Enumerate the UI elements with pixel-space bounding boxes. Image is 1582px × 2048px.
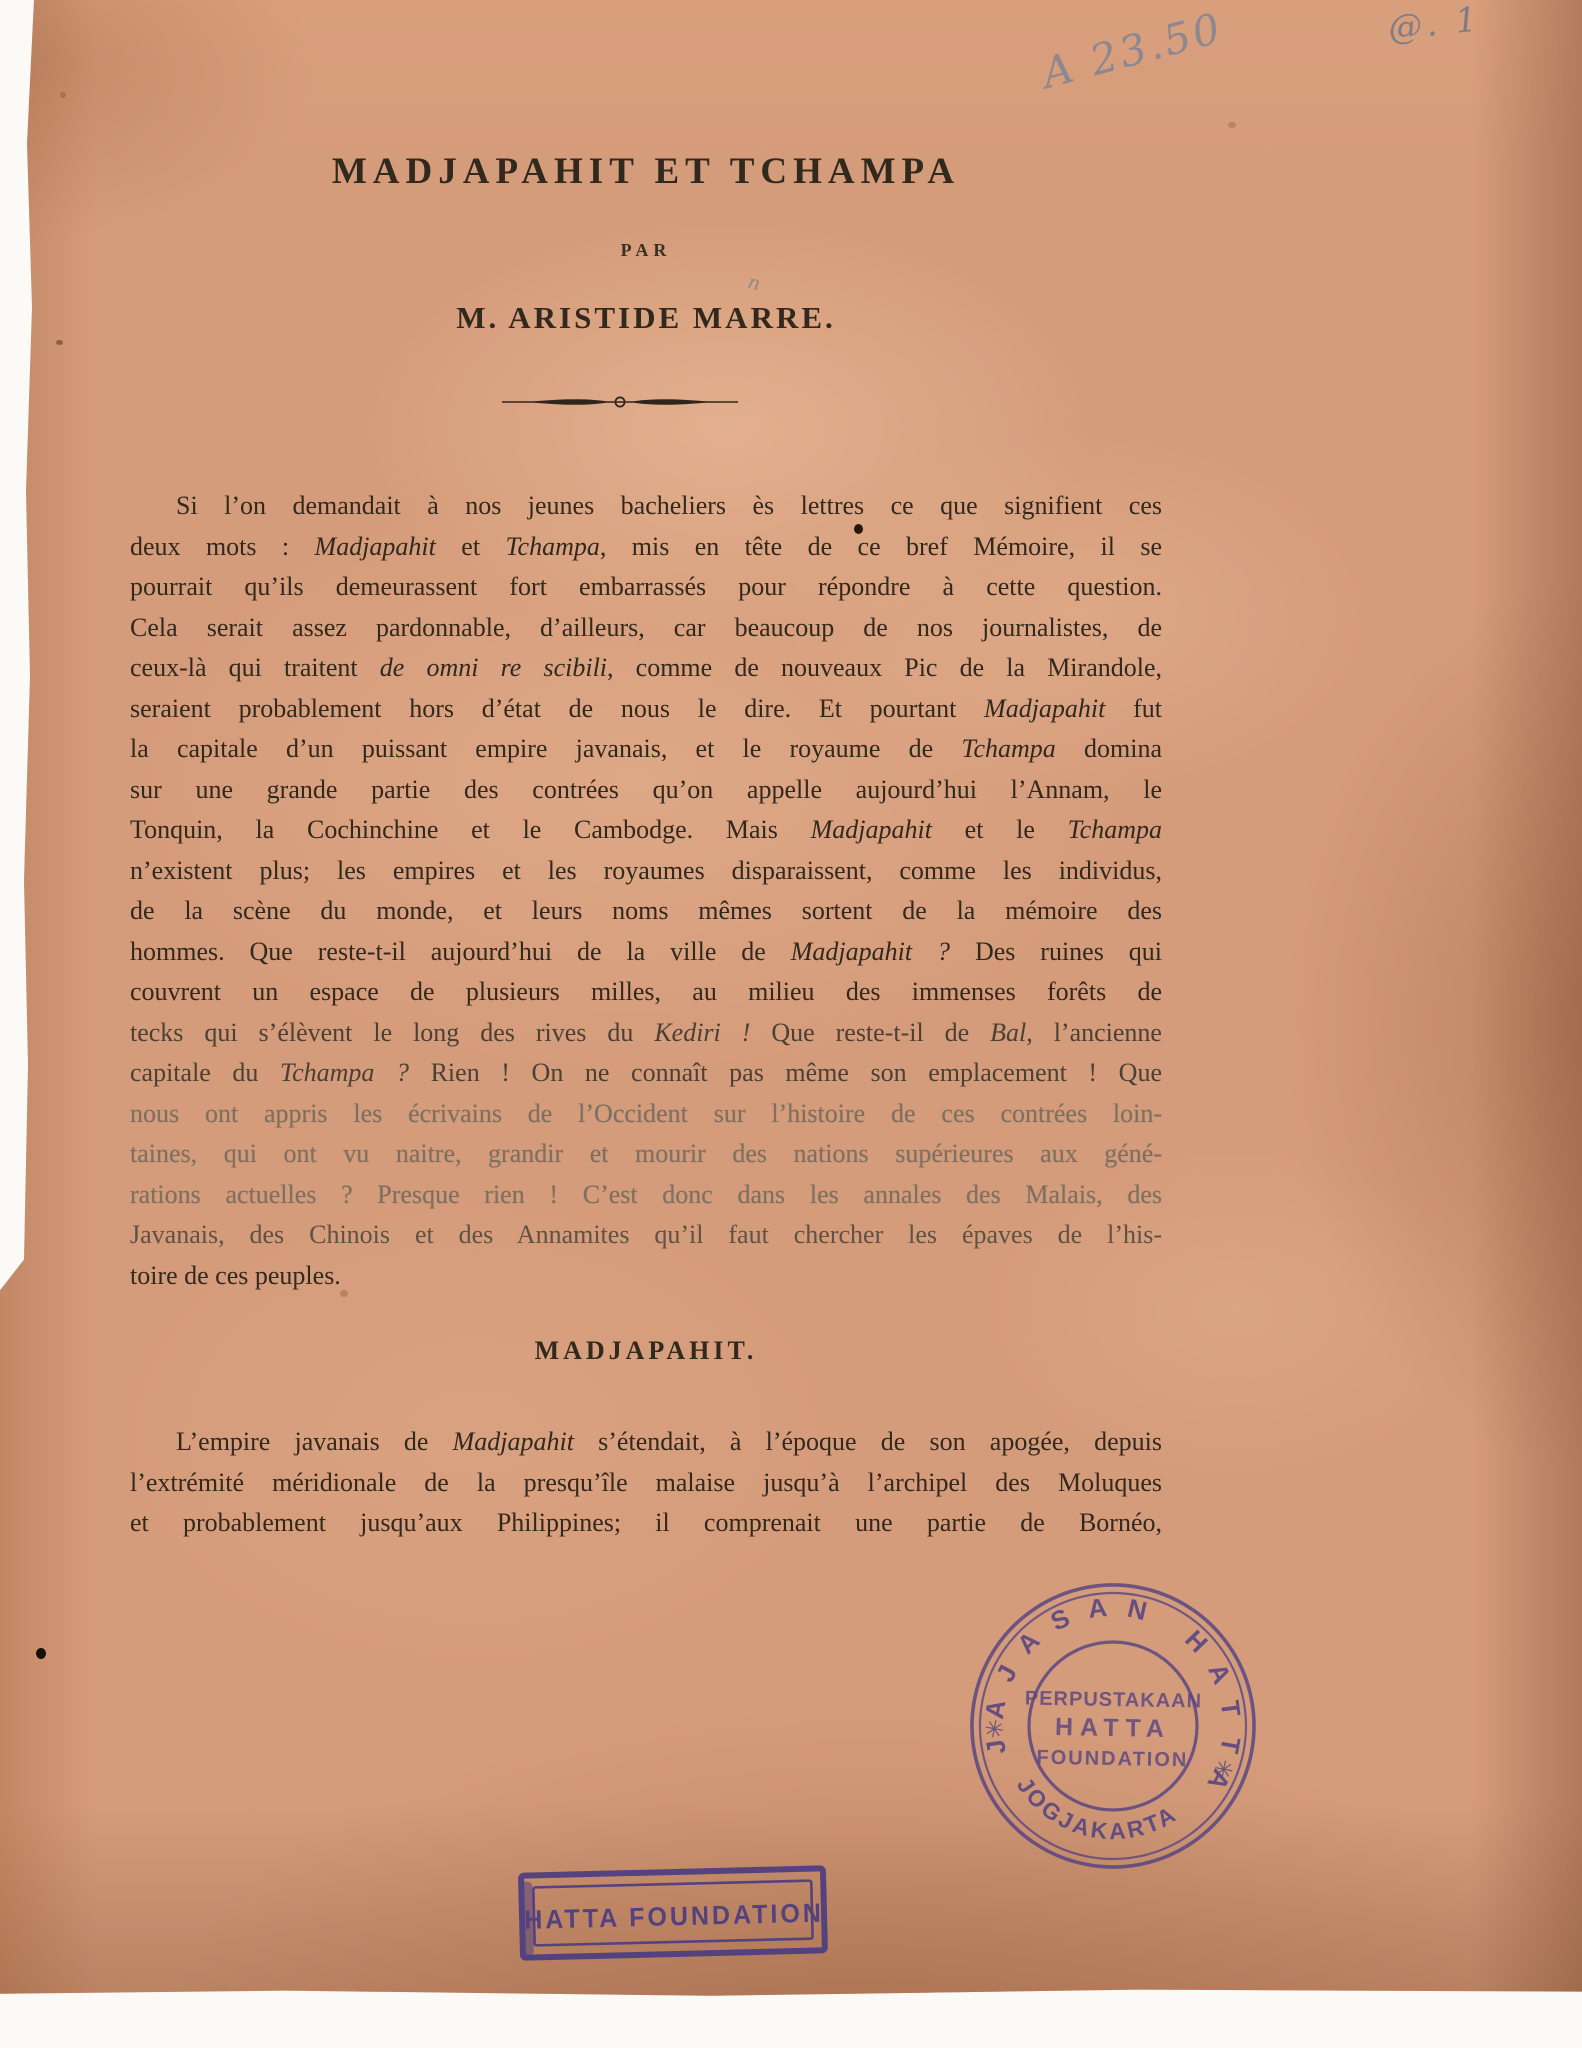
regular-text: Cela serait assez pardonnable, d’ailleur… [130,613,1162,642]
regular-text: pourrait qu’ils demeurassent fort embarr… [130,572,1162,601]
regular-text: Rien ! On ne connaît pas même son emplac… [409,1058,1162,1087]
regular-text: domina [1056,734,1162,763]
regular-text: deux mots : [130,532,315,561]
text-line: de la scène du monde, et leurs noms même… [130,891,1162,932]
italic-text: Madjapahit [315,532,436,561]
regular-text: tecks qui s’élèvent le long des rives du [130,1018,654,1047]
regular-text: et [436,532,506,561]
text-line: n’existent plus; les empires et les roya… [130,851,1162,892]
text-line: sur une grande partie des contrées qu’on… [130,770,1162,811]
handwritten-price: A 23.50 [1037,3,1228,98]
regular-text: couvrent un espace de plusieurs milles, … [130,977,1162,1006]
stamp-inner-line1: PERPUSTAKAAN [1025,1687,1203,1712]
italic-text: de omni re scibili [380,653,607,682]
author-name: M. ARISTIDE MARRE. [130,300,1162,336]
italic-text: Tchampa ? [280,1058,409,1087]
text-line: Cela serait assez pardonnable, d’ailleur… [130,608,1162,649]
text-line: seraient probablement hors d’état de nou… [130,689,1162,730]
stamp-inner-line3: FOUNDATION [1036,1747,1188,1772]
regular-text: L’empire javanais de [176,1427,453,1456]
regular-text: toire de ces peuples. [130,1261,341,1290]
regular-text: ceux-là qui traitent [130,653,380,682]
pencil-squiggle: n [746,271,763,295]
paper-speck [60,92,66,98]
regular-text: de la scène du monde, et leurs noms même… [130,896,1162,925]
italic-text: Tchampa [505,532,599,561]
paper-sheet: A 23.50 @. 1 MADJAPAHIT ET TCHAMPA PAR M… [0,0,1582,2048]
regular-text: Des ruines qui [950,937,1162,966]
text-line: tecks qui s’élèvent le long des rives du… [130,1013,1162,1054]
regular-text: Javanais, des Chinois et des Annamites q… [130,1220,1162,1249]
regular-text: taines, qui ont vu naitre, grandir et mo… [130,1139,1162,1168]
italic-text: Madjapahit [453,1427,574,1456]
divider-ornament [500,394,740,410]
svg-text:JOGJAKARTA: JOGJAKARTA [1004,1769,1185,1859]
regular-text: n’existent plus; les empires et les roya… [130,856,1162,885]
italic-text: Kediri ! [654,1018,750,1047]
regular-text: hommes. Que reste-t-il aujourd’hui de la… [130,937,791,966]
text-line: L’empire javanais de Madjapahit s’étenda… [130,1422,1162,1463]
text-line: Tonquin, la Cochinchine et le Cambodge. … [130,810,1162,851]
stamp-arc-bottom-text: JOGJAKARTA [1004,1769,1185,1859]
text-line: rations actuelles ? Presque rien ! C’est… [130,1175,1162,1216]
regular-text: nous ont appris les écrivains de l’Occid… [130,1099,1162,1128]
regular-text: la capitale d’un puissant empire javanai… [130,734,961,763]
regular-text: seraient probablement hors d’état de nou… [130,694,984,723]
regular-text: Si l’on demandait à nos jeunes bachelier… [176,491,1162,520]
text-line: nous ont appris les écrivains de l’Occid… [130,1094,1162,1135]
regular-text: , mis en tête de ce bref Mémoire, il se [600,532,1162,561]
italic-text: Bal [990,1018,1026,1047]
text-line: Javanais, des Chinois et des Annamites q… [130,1215,1162,1256]
italic-text: Madjapahit ? [791,937,950,966]
paper-speck [56,340,63,345]
text-line: et probablement jusqu’aux Philippines; i… [130,1503,1162,1544]
regular-text: capitale du [130,1058,280,1087]
regular-text: s’étendait, à l’époque de son apogée, de… [574,1427,1162,1456]
text-line: la capitale d’un puissant empire javanai… [130,729,1162,770]
text-line: Si l’on demandait à nos jeunes bachelier… [130,486,1162,527]
text-line: pourrait qu’ils demeurassent fort embarr… [130,567,1162,608]
body-paragraph-2: L’empire javanais de Madjapahit s’étenda… [130,1422,1162,1544]
paper-speck [1228,122,1236,128]
regular-text: , comme de nouveaux Pic de la Mirandole, [607,653,1162,682]
text-line: deux mots : Madjapahit et Tchampa, mis e… [130,527,1162,568]
section-heading: MADJAPAHIT. [130,1336,1162,1366]
paper-speck [22,574,28,580]
document-title: MADJAPAHIT ET TCHAMPA [130,150,1162,193]
body-paragraph-1: Si l’on demandait à nos jeunes bachelier… [130,486,1162,1296]
regular-text: Que reste-t-il de [750,1018,990,1047]
regular-text: sur une grande partie des contrées qu’on… [130,775,1162,804]
text-line: hommes. Que reste-t-il aujourd’hui de la… [130,932,1162,973]
regular-text: fut [1105,694,1162,723]
stamp-rect-label: HATTA FOUNDATION [524,1899,824,1935]
text-line: couvrent un espace de plusieurs milles, … [130,972,1162,1013]
regular-text: l’extrémité méridionale de la presqu’île… [130,1468,1162,1497]
library-stamp-circular: JAJASAN HATTA JOGJAKARTA ✳ ✳ PERPUSTAKAA… [937,1550,1289,1902]
text-line: capitale du Tchampa ? Rien ! On ne conna… [130,1053,1162,1094]
text-line: ceux-là qui traitent de omni re scibili,… [130,648,1162,689]
regular-text: , l’ancienne [1026,1018,1162,1047]
text-line: toire de ces peuples. [130,1256,1162,1297]
italic-text: Madjapahit [811,815,932,844]
text-line: taines, qui ont vu naitre, grandir et mo… [130,1134,1162,1175]
italic-text: Tchampa [1068,815,1162,844]
regular-text: et probablement jusqu’aux Philippines; i… [130,1508,1162,1537]
ink-speck [854,524,863,534]
italic-text: Tchampa [961,734,1055,763]
regular-text: Tonquin, la Cochinchine et le Cambodge. … [130,815,811,844]
italic-text: Madjapahit [984,694,1105,723]
byline-par: PAR [130,240,1162,261]
library-stamp-rect: HATTA FOUNDATION [517,1864,831,1964]
punch-hole [36,1648,46,1659]
paper-speck [340,1290,348,1297]
regular-text: et le [932,815,1068,844]
scanned-document: { "doc": { "title": "MADJAPAHIT ET TCHAM… [0,0,1582,2048]
regular-text: rations actuelles ? Presque rien ! C’est… [130,1180,1162,1209]
stamp-inner-line2: HATTA [1055,1713,1171,1743]
handwritten-corner-mark: @. 1 [1386,0,1483,49]
text-line: l’extrémité méridionale de la presqu’île… [130,1463,1162,1504]
